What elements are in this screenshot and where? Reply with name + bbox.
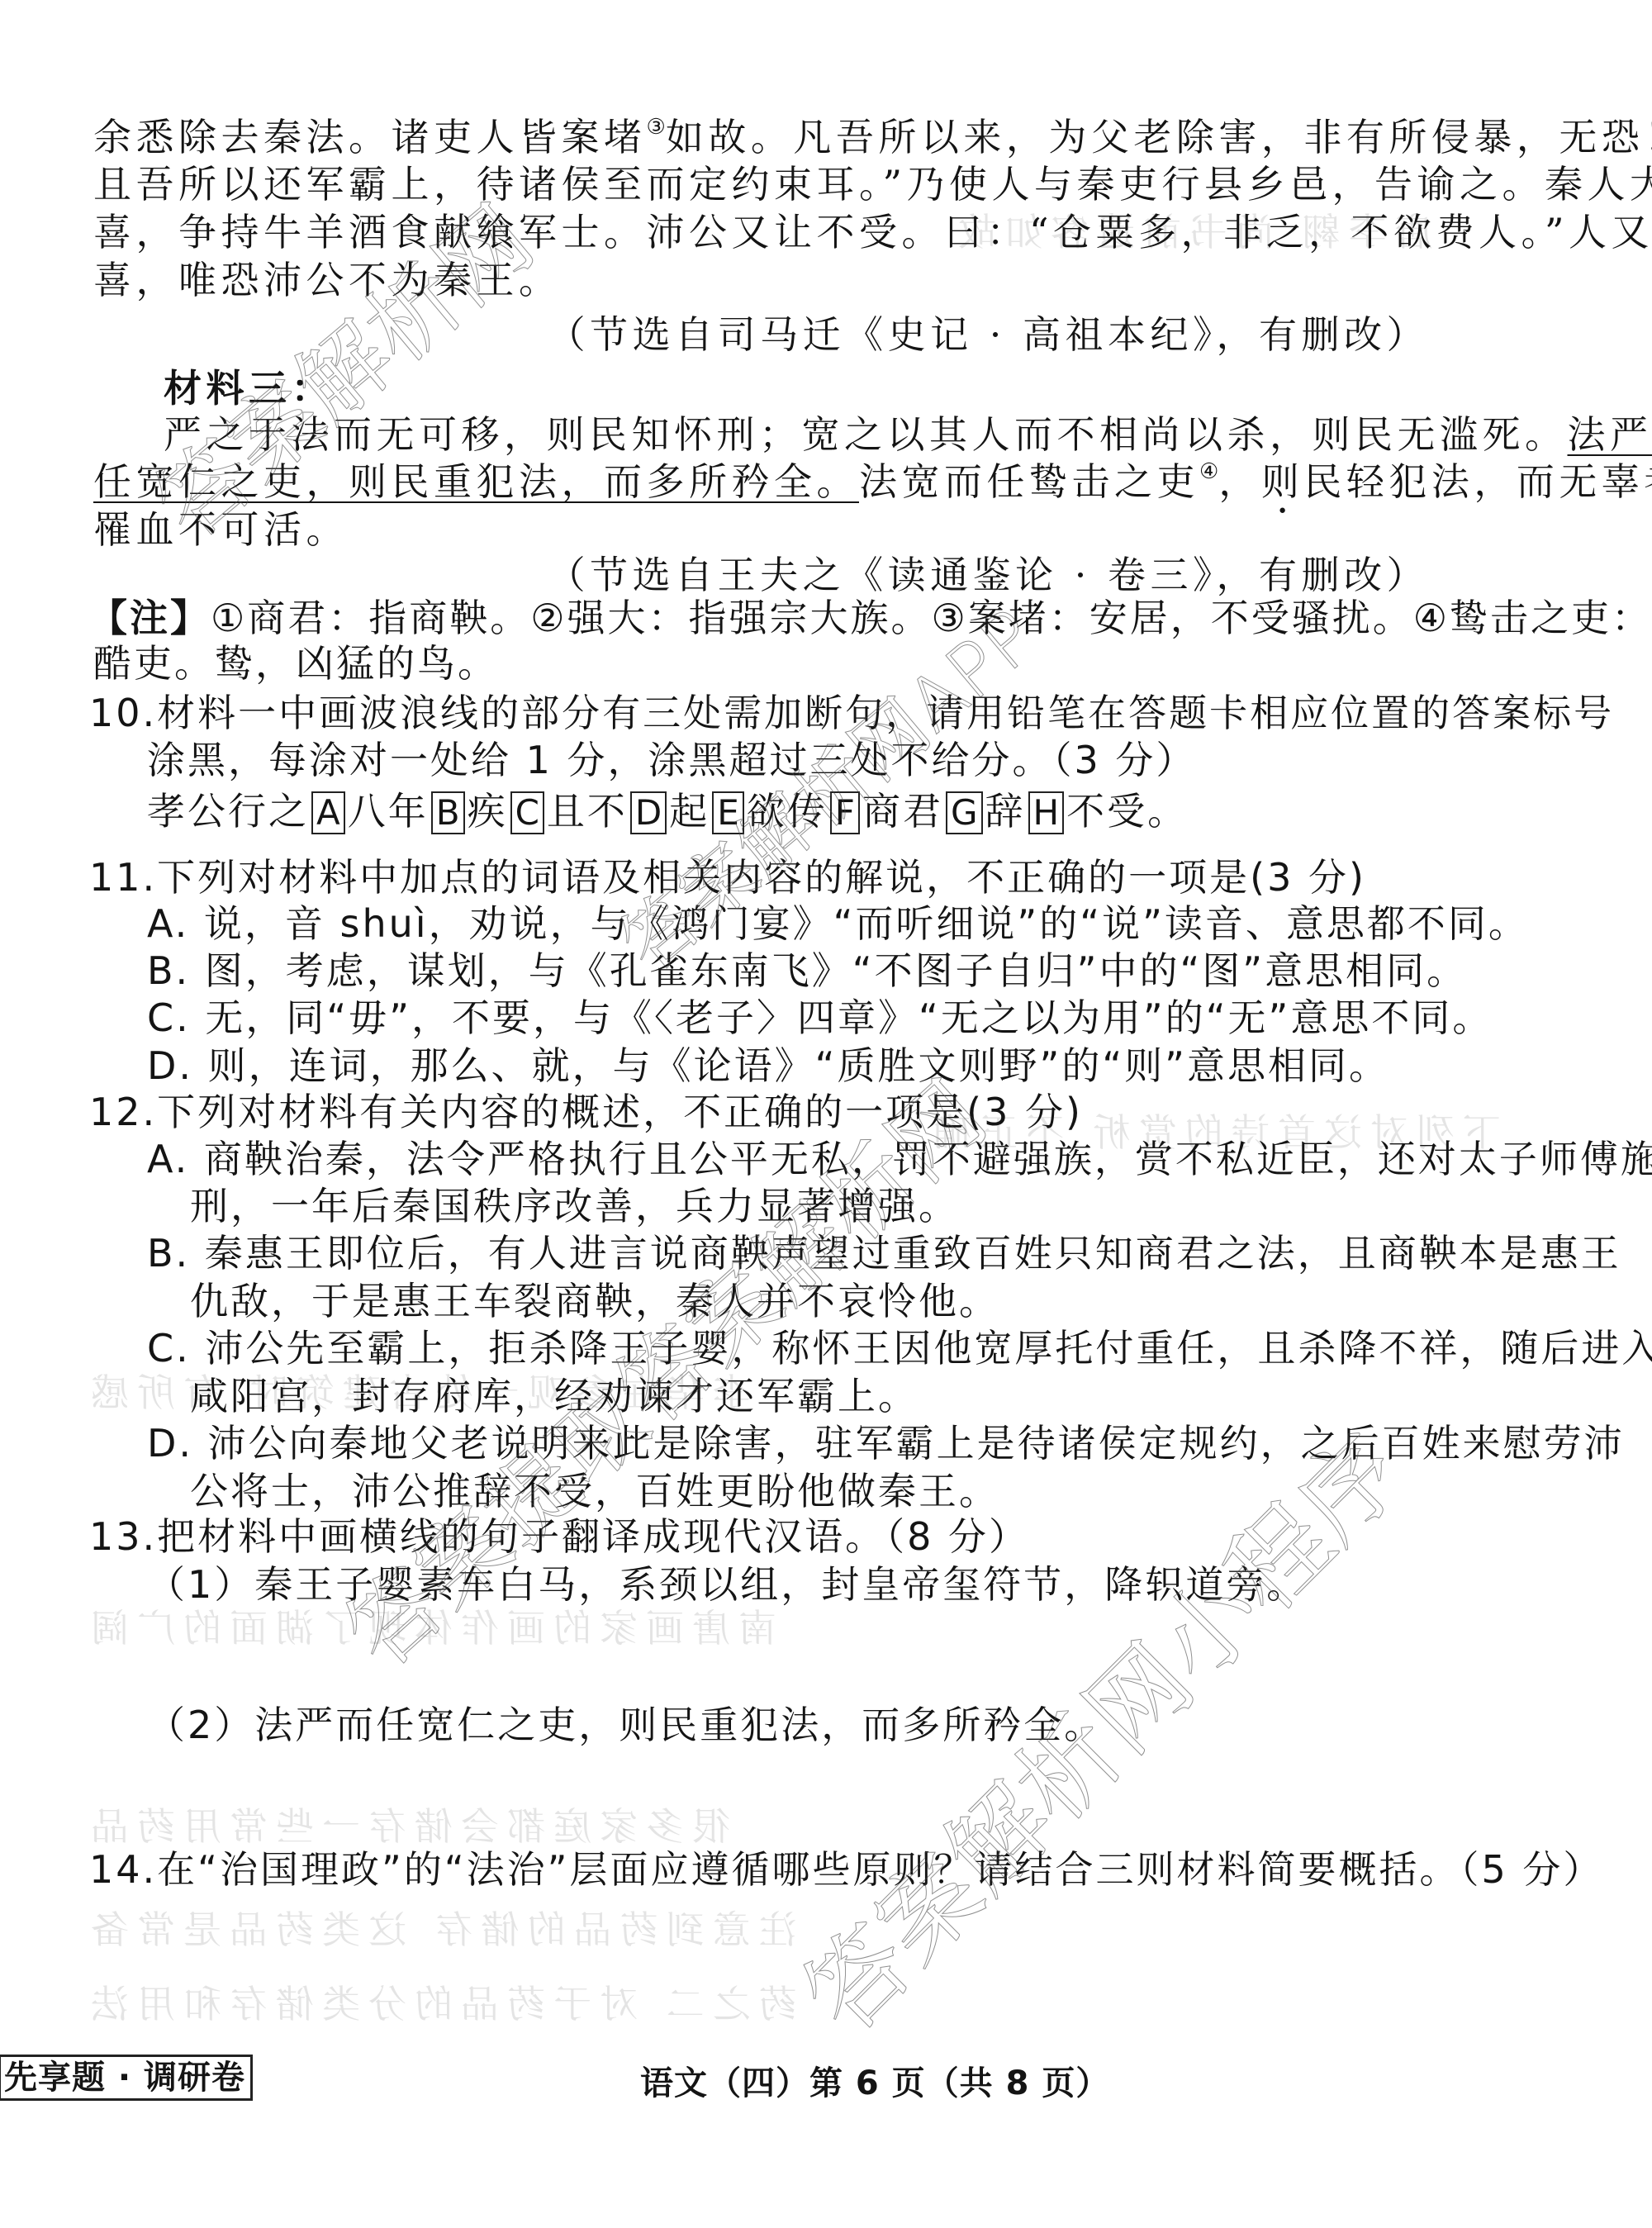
option-d[interactable]: D. 沛公向秦地父老说明来此是除害，驻军霸上是待诸侯定规约，之后百姓来慰劳沛	[147, 1418, 1625, 1468]
question-number: 13.	[89, 1514, 157, 1559]
question-number: 14.	[89, 1847, 157, 1892]
translation-item-2: （2）法严而任宽仁之吏，则民重犯法，而多所矜全。	[147, 1700, 1104, 1750]
sentence-segment: 且不	[547, 789, 628, 834]
translation-item-1: （1）秦王子婴素车白马，系颈以组，封皇帝玺符节，降轵道旁。	[147, 1560, 1307, 1609]
question-11: 11.下列对材料中加点的词语及相关内容的解说，不正确的一项是(3 分)	[89, 853, 1366, 902]
bleed-through-text: 药之二 对于药品的分类储存和用法	[83, 1974, 797, 2029]
option-b[interactable]: B. 图，考虑，谋划，与《孔雀东南飞》“不图子自归”中的“图”意思相同。	[147, 946, 1467, 995]
notes-line: 【注】①商君：指商鞅。②强大：指强宗大族。③案堵：安居，不受骚扰。④鸷击之吏：指	[89, 593, 1652, 643]
sentence-segment: 不受。	[1066, 789, 1188, 834]
sentence-segment: 八年	[348, 789, 429, 834]
sentence-segment: 孝公行之	[147, 789, 309, 834]
option-b[interactable]: B. 秦惠王即位后，有人进言说商鞅声望过重致百姓只知商君之法，且商鞅本是惠王	[147, 1228, 1621, 1278]
material-line: 严之于法而无可移，则民知怀刑；宽之以其人而不相尚以杀，则民无滥死。法严而	[164, 410, 1652, 459]
break-option-f[interactable]: F	[830, 791, 860, 834]
footnote-marker: ③	[647, 115, 666, 140]
option-a[interactable]: A. 商鞅治秦，法令严格执行且公平无私，罚不避强族，赏不私近臣，还对太子师傅施	[147, 1134, 1652, 1184]
option-a[interactable]: A. 说，音 shuì，劝说，与《鸿门宴》“而听细说”的“说”读音、意思都不同。	[147, 899, 1529, 948]
material-line: 任宽仁之吏，则民重犯法，而多所矜全。法宽而任鸷击之吏④，则民轻犯法，而无辜者卒	[93, 457, 1652, 506]
question-12: 12.下列对材料有关内容的概述，不正确的一项是(3 分)	[89, 1087, 1083, 1137]
bleed-through-text: 很多家庭都会储存一些常用药品	[83, 1797, 730, 1851]
question-number: 10.	[89, 691, 157, 735]
break-option-c[interactable]: C	[510, 791, 544, 834]
passage-line: 喜，争持牛羊酒食献飨军士。沛公又让不受。曰：“仓粟多，非乏，不欲费人。”人又益	[93, 207, 1652, 257]
passage-text: 如故。凡吾所以来，为父老除害，非有所侵暴，无恐！	[666, 115, 1652, 159]
break-option-e[interactable]: E	[712, 791, 744, 834]
source-citation: （节选自司马迁《史记 · 高祖本纪》，有删改）	[548, 310, 1429, 359]
material-text: 严之于法而无可移，则民知怀刑；宽之以其人而不相尚以杀，则民无滥死。	[164, 412, 1568, 457]
option-c[interactable]: C. 无，同“毋”，不要，与《〈老子〉四章》“无之以为用”的“无”意思不同。	[147, 993, 1493, 1043]
break-option-a[interactable]: A	[311, 791, 345, 834]
notes-text: ①商君：指商鞅。②强大：指强宗大族。③案堵：安居，不受骚扰。④鸷击之吏：指	[211, 596, 1652, 640]
notes-label: 【注】	[89, 596, 211, 640]
passage-line: 余悉除去秦法。诸吏人皆案堵③如故。凡吾所以来，为父老除害，非有所侵暴，无恐！	[93, 112, 1652, 162]
break-option-g[interactable]: G	[946, 791, 983, 834]
material-text: 民轻犯法，而无辜者卒	[1303, 459, 1652, 504]
break-option-h[interactable]: H	[1028, 791, 1065, 834]
sentence-segment: 商君	[862, 789, 943, 834]
exam-series-badge: 先享题 · 调研卷	[0, 2055, 253, 2101]
break-option-d[interactable]: D	[630, 791, 667, 834]
page-number: 语文（四）第 6 页（共 8 页）	[640, 2057, 1109, 2104]
question-number: 12.	[89, 1090, 157, 1134]
sentence-segment: 欲传	[747, 789, 828, 834]
material-text: ，	[1218, 459, 1261, 504]
material-text: 法宽而任鸷击之吏	[859, 459, 1199, 504]
question-10: 10.材料一中画波浪线的部分有三处需加断句，请用铅笔在答题卡相应位置的答案标号	[89, 688, 1614, 738]
sentence-break-line: 孝公行之A八年B疾C且不D起E欲传F商君G辞H不受。	[147, 786, 1188, 836]
underlined-sentence: 任宽仁之吏，则民重犯法，而多所矜全。	[93, 459, 859, 504]
source-citation: （节选自王夫之《读通鉴论 · 卷三》，有删改）	[548, 550, 1429, 600]
question-13: 13.把材料中画横线的句子翻译成现代汉语。（8 分）	[89, 1512, 1029, 1561]
exam-page: 唐李翱 尚书前遗客如故 下列对这首诗的赏析 不正确 李华在参观一处古建筑时 有所…	[0, 0, 1652, 2228]
question-stem: 在“治国理政”的“法治”层面应遵循哪些原则？请结合三则材料简要概括。（5 分）	[157, 1847, 1603, 1892]
option-c-continued: 咸阳宫，封存府库，经劝谏才还军霸上。	[190, 1371, 919, 1421]
option-a-continued: 刑，一年后秦国秩序改善，兵力显著增强。	[190, 1181, 959, 1231]
question-stem: 材料一中画波浪线的部分有三处需加断句，请用铅笔在答题卡相应位置的答案标号	[157, 691, 1614, 735]
option-b-continued: 仇敌，于是惠王车裂商鞅，秦人并不哀怜他。	[190, 1276, 999, 1326]
option-d-continued: 公将士，沛公推辞不受，百姓更盼他做秦王。	[190, 1466, 999, 1516]
passage-text: 余悉除去秦法。诸吏人皆案堵	[93, 115, 647, 159]
sentence-segment: 疾	[468, 789, 508, 834]
question-14: 14.在“治国理政”的“法治”层面应遵循哪些原则？请结合三则材料简要概括。（5 …	[89, 1845, 1603, 1894]
sentence-segment: 起	[669, 789, 710, 834]
question-stem: 下列对材料中加点的词语及相关内容的解说，不正确的一项是(3 分)	[157, 855, 1366, 900]
passage-line: 且吾所以还军霸上，待诸侯至而定约束耳。”乃使人与秦吏行县乡邑，告谕之。秦人大	[93, 159, 1652, 209]
question-stem: 涂黑，每涂对一处给 1 分，涂黑超过三处不给分。（3 分）	[147, 735, 1196, 785]
break-option-b[interactable]: B	[431, 791, 465, 834]
material-line: 罹血不可活。	[93, 505, 349, 554]
question-stem: 下列对材料有关内容的概述，不正确的一项是(3 分)	[157, 1090, 1083, 1134]
sentence-segment: 辞	[985, 789, 1026, 834]
question-stem: 把材料中画横线的句子翻译成现代汉语。（8 分）	[157, 1514, 1029, 1559]
question-number: 11.	[89, 855, 157, 900]
underlined-sentence: 法严而	[1568, 412, 1652, 457]
passage-line: 喜，唯恐沛公不为秦王。	[93, 255, 562, 305]
emphasized-word: 则	[1261, 459, 1304, 504]
notes-line: 酷吏。鸷，凶猛的鸟。	[93, 639, 498, 688]
bleed-through-text: 注意到药品的储存 这类药品是常备	[83, 1900, 797, 1955]
material-heading: 材料三：	[164, 363, 334, 413]
option-d[interactable]: D. 则，连词，那么、就，与《论语》“质胜文则野”的“则”意思相同。	[147, 1041, 1389, 1090]
option-c[interactable]: C. 沛公先至霸上，拒杀降王子婴，称怀王因他宽厚托付重任，且杀降不祥，随后进入	[147, 1323, 1652, 1373]
footnote-marker: ④	[1199, 459, 1218, 484]
